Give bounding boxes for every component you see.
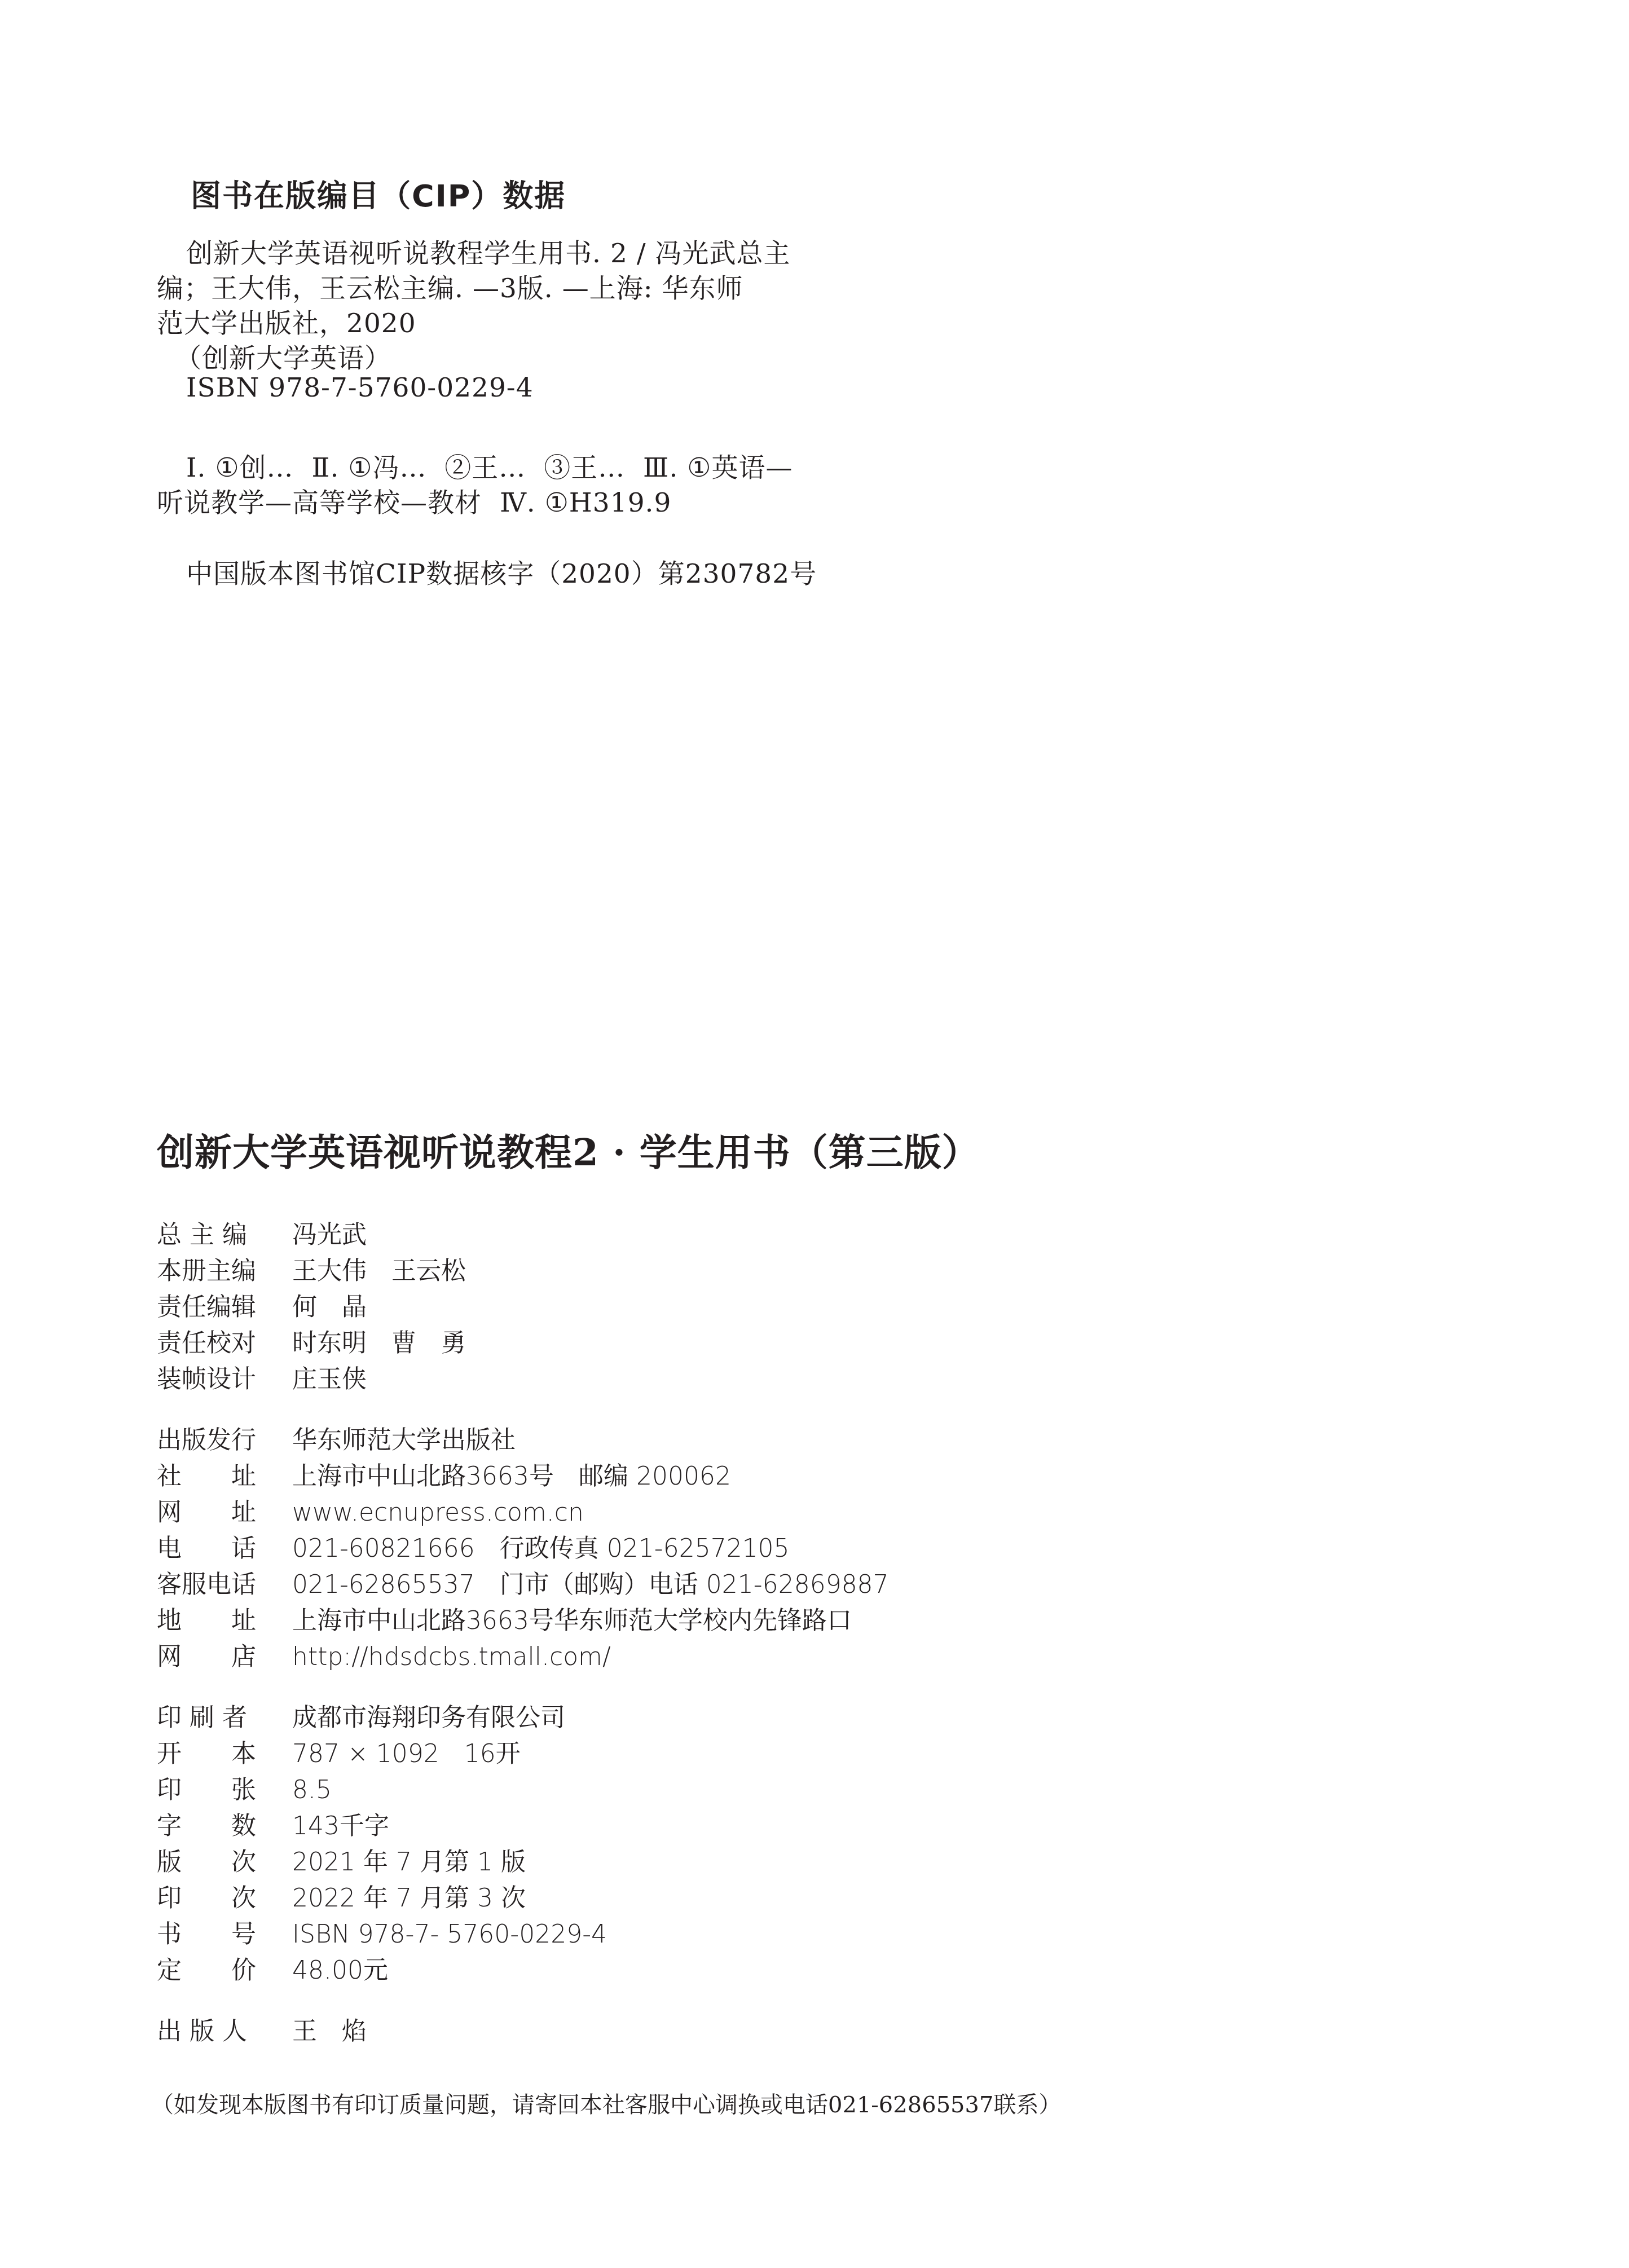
printing-value: 8.5: [292, 1773, 332, 1807]
printing-label: 版 次: [157, 1846, 292, 1879]
credit-value: 何 晶: [292, 1291, 367, 1324]
credit-value: 冯光武: [292, 1218, 367, 1252]
cip-series: （创新大学英语）: [175, 337, 391, 375]
quality-notice: （如发现本版图书有印订质量问题，请寄回本社客服中心调换或电话021-628655…: [151, 2087, 1061, 2119]
printing-label: 印 张: [157, 1773, 292, 1807]
publisher-person-value: 王 焰: [292, 2015, 367, 2049]
printing-row: 书 号ISBN 978-7- 5760-0229-4: [157, 1918, 607, 1952]
printing-value: 143千字: [292, 1809, 389, 1843]
printing-row: 印 张8.5: [157, 1773, 332, 1807]
publisher-row: 客服电话021-62865537 门市（邮购）电话 021-62869887: [157, 1568, 889, 1602]
credit-value: 时东明 曹 勇: [292, 1327, 466, 1360]
printing-value: 2021 年 7 月第 1 版: [292, 1846, 526, 1879]
publisher-label: 地 址: [157, 1604, 292, 1638]
publisher-row: 地 址上海市中山北路3663号华东师范大学校内先锋路口: [157, 1604, 852, 1638]
credit-row: 总 主 编冯光武: [157, 1218, 367, 1252]
printing-label: 书 号: [157, 1918, 292, 1952]
credit-row: 责任编辑何 晶: [157, 1291, 367, 1324]
printing-label: 开 本: [157, 1737, 292, 1771]
cip-classification-1: Ⅰ. ①创… Ⅱ. ①冯… ②王… ③王… Ⅲ. ①英语—: [186, 447, 793, 485]
cip-line-3: 范大学出版社，2020: [157, 302, 416, 340]
printing-row: 开 本787 × 1092 16开: [157, 1737, 521, 1771]
printing-value: 48.00元: [292, 1954, 388, 1988]
credit-row: 本册主编王大伟 王云松: [157, 1254, 466, 1288]
cip-classification-2: 听说教学—高等学校—教材 Ⅳ. ①H319.9: [157, 482, 671, 519]
publisher-row: 社 址上海市中山北路3663号 邮编 200062: [157, 1460, 731, 1494]
printing-value: 787 × 1092 16开: [292, 1737, 521, 1771]
publisher-label: 出版发行: [157, 1424, 292, 1457]
cip-line-2: 编；王大伟，王云松主编. —3版. —上海: 华东师: [157, 267, 743, 305]
printing-value: 成都市海翔印务有限公司: [292, 1701, 565, 1735]
printing-label: 定 价: [157, 1954, 292, 1988]
printing-row: 印 刷 者成都市海翔印务有限公司: [157, 1701, 565, 1735]
publisher-value: 021-60821666 行政传真 021-62572105: [292, 1532, 790, 1566]
credit-label: 责任校对: [157, 1327, 292, 1360]
credit-label: 总 主 编: [157, 1218, 292, 1252]
publisher-value: 华东师范大学出版社: [292, 1424, 516, 1457]
credit-row: 装帧设计庄玉侠: [157, 1363, 367, 1397]
publisher-row: 电 话021-60821666 行政传真 021-62572105: [157, 1532, 790, 1566]
printing-row: 定 价48.00元: [157, 1954, 388, 1988]
cip-line-1: 创新大学英语视听说教程学生用书. 2 / 冯光武总主: [186, 232, 791, 270]
publisher-value: 上海市中山北路3663号华东师范大学校内先锋路口: [292, 1604, 852, 1638]
publisher-value: 021-62865537 门市（邮购）电话 021-62869887: [292, 1568, 889, 1602]
publisher-person-label: 出 版 人: [157, 2015, 292, 2049]
publisher-row: 出版发行华东师范大学出版社: [157, 1424, 516, 1457]
publisher-label: 网 址: [157, 1496, 292, 1530]
credit-label: 本册主编: [157, 1254, 292, 1288]
credit-row: 责任校对时东明 曹 勇: [157, 1327, 466, 1360]
publisher-label: 电 话: [157, 1532, 292, 1566]
printing-value: ISBN 978-7- 5760-0229-4: [292, 1918, 607, 1952]
credit-value: 庄玉侠: [292, 1363, 367, 1397]
printing-label: 印 刷 者: [157, 1701, 292, 1735]
printing-row: 印 次2022 年 7 月第 3 次: [157, 1882, 526, 1915]
publisher-person-row: 出 版 人王 焰: [157, 2015, 367, 2049]
cip-verification-number: 中国版本图书馆CIP数据核字（2020）第230782号: [186, 553, 817, 591]
publisher-label: 社 址: [157, 1460, 292, 1494]
cip-heading: 图书在版编目（CIP）数据: [191, 172, 566, 215]
publisher-label: 网 店: [157, 1640, 292, 1674]
book-title: 创新大学英语视听说教程2 · 学生用书（第三版）: [157, 1122, 980, 1176]
credit-label: 责任编辑: [157, 1291, 292, 1324]
publisher-row: 网 店http://hdsdcbs.tmall.com/: [157, 1640, 611, 1674]
credit-value: 王大伟 王云松: [292, 1254, 466, 1288]
online-store-link[interactable]: http://hdsdcbs.tmall.com/: [292, 1640, 611, 1674]
printing-row: 字 数143千字: [157, 1809, 389, 1843]
website-link[interactable]: www.ecnupress.com.cn: [292, 1496, 584, 1530]
credit-label: 装帧设计: [157, 1363, 292, 1397]
publisher-row: 网 址www.ecnupress.com.cn: [157, 1496, 584, 1530]
printing-label: 印 次: [157, 1882, 292, 1915]
printing-label: 字 数: [157, 1809, 292, 1843]
publisher-value: 上海市中山北路3663号 邮编 200062: [292, 1460, 731, 1494]
publisher-label: 客服电话: [157, 1568, 292, 1602]
printing-row: 版 次2021 年 7 月第 1 版: [157, 1846, 526, 1879]
printing-value: 2022 年 7 月第 3 次: [292, 1882, 526, 1915]
cip-isbn: ISBN 978-7-5760-0229-4: [186, 372, 534, 403]
